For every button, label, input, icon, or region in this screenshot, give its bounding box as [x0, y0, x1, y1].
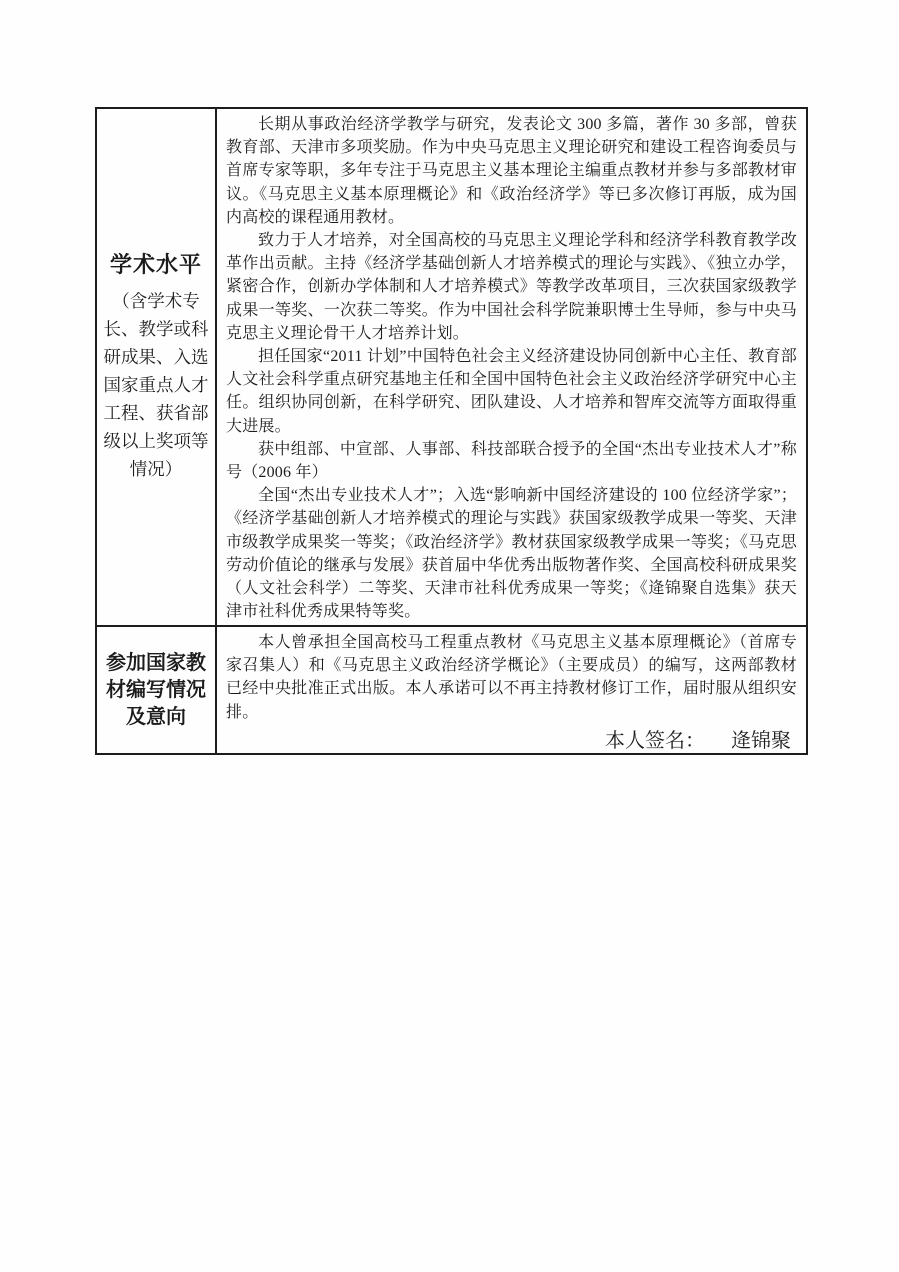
textbook-participation-title: 参加国家教材编写情况及意向: [100, 650, 212, 731]
row-header-academic-level: 学术水平 （含学术专长、教学或科研成果、入选国家重点人才工程、获省部级以上奖项等…: [97, 109, 217, 625]
row-header-textbook-participation: 参加国家教材编写情况及意向: [97, 627, 217, 753]
academic-paragraph-positions: 担任国家“2011 计划”中国特色社会主义经济建设协同创新中心主任、教育部人文社…: [226, 345, 797, 438]
academic-paragraph-awards: 全国“杰出专业技术人才”；入选“影响新中国经济建设的 100 位经济学家”；《经…: [226, 484, 797, 623]
signature-block: 本人签名：逄锦聚 2017 年 9 月 28 日: [226, 726, 797, 753]
academic-paragraph-talent-cultivation: 致力于人才培养，对全国高校的马克思主义理论学科和经济学科教育教学改革作出贡献。主…: [226, 229, 797, 345]
table-row-textbook-participation: 参加国家教材编写情况及意向 本人曾承担全国高校马工程重点教材《马克思主义基本原理…: [97, 627, 806, 753]
signature-line: 本人签名：逄锦聚: [226, 726, 797, 753]
academic-level-subtitle: （含学术专长、教学或科研成果、入选国家重点人才工程、获省部级以上奖项等情况）: [100, 287, 212, 483]
credentials-table: 学术水平 （含学术专长、教学或科研成果、入选国家重点人才工程、获省部级以上奖项等…: [95, 107, 808, 755]
academic-paragraph-teaching-research: 长期从事政治经济学教学与研究，发表论文 300 多篇，著作 30 多部，曾获教育…: [226, 113, 797, 229]
academic-level-content: 长期从事政治经济学教学与研究，发表论文 300 多篇，著作 30 多部，曾获教育…: [217, 109, 806, 625]
table-row-academic-level: 学术水平 （含学术专长、教学或科研成果、入选国家重点人才工程、获省部级以上奖项等…: [97, 109, 806, 627]
academic-level-title: 学术水平: [110, 251, 202, 279]
document-page: 学术水平 （含学术专长、教学或科研成果、入选国家重点人才工程、获省部级以上奖项等…: [0, 0, 899, 1272]
signature-label: 本人签名：: [605, 730, 705, 752]
textbook-participation-content: 本人曾承担全国高校马工程重点教材《马克思主义基本原理概论》（首席专家召集人）和《…: [217, 627, 806, 753]
textbook-paragraph-statement: 本人曾承担全国高校马工程重点教材《马克思主义基本原理概论》（首席专家召集人）和《…: [226, 631, 797, 724]
academic-paragraph-national-title: 获中组部、中宣部、人事部、科技部联合授予的全国“杰出专业技术人才”称号（2006…: [226, 438, 797, 484]
signature-name: 逄锦聚: [731, 726, 791, 753]
